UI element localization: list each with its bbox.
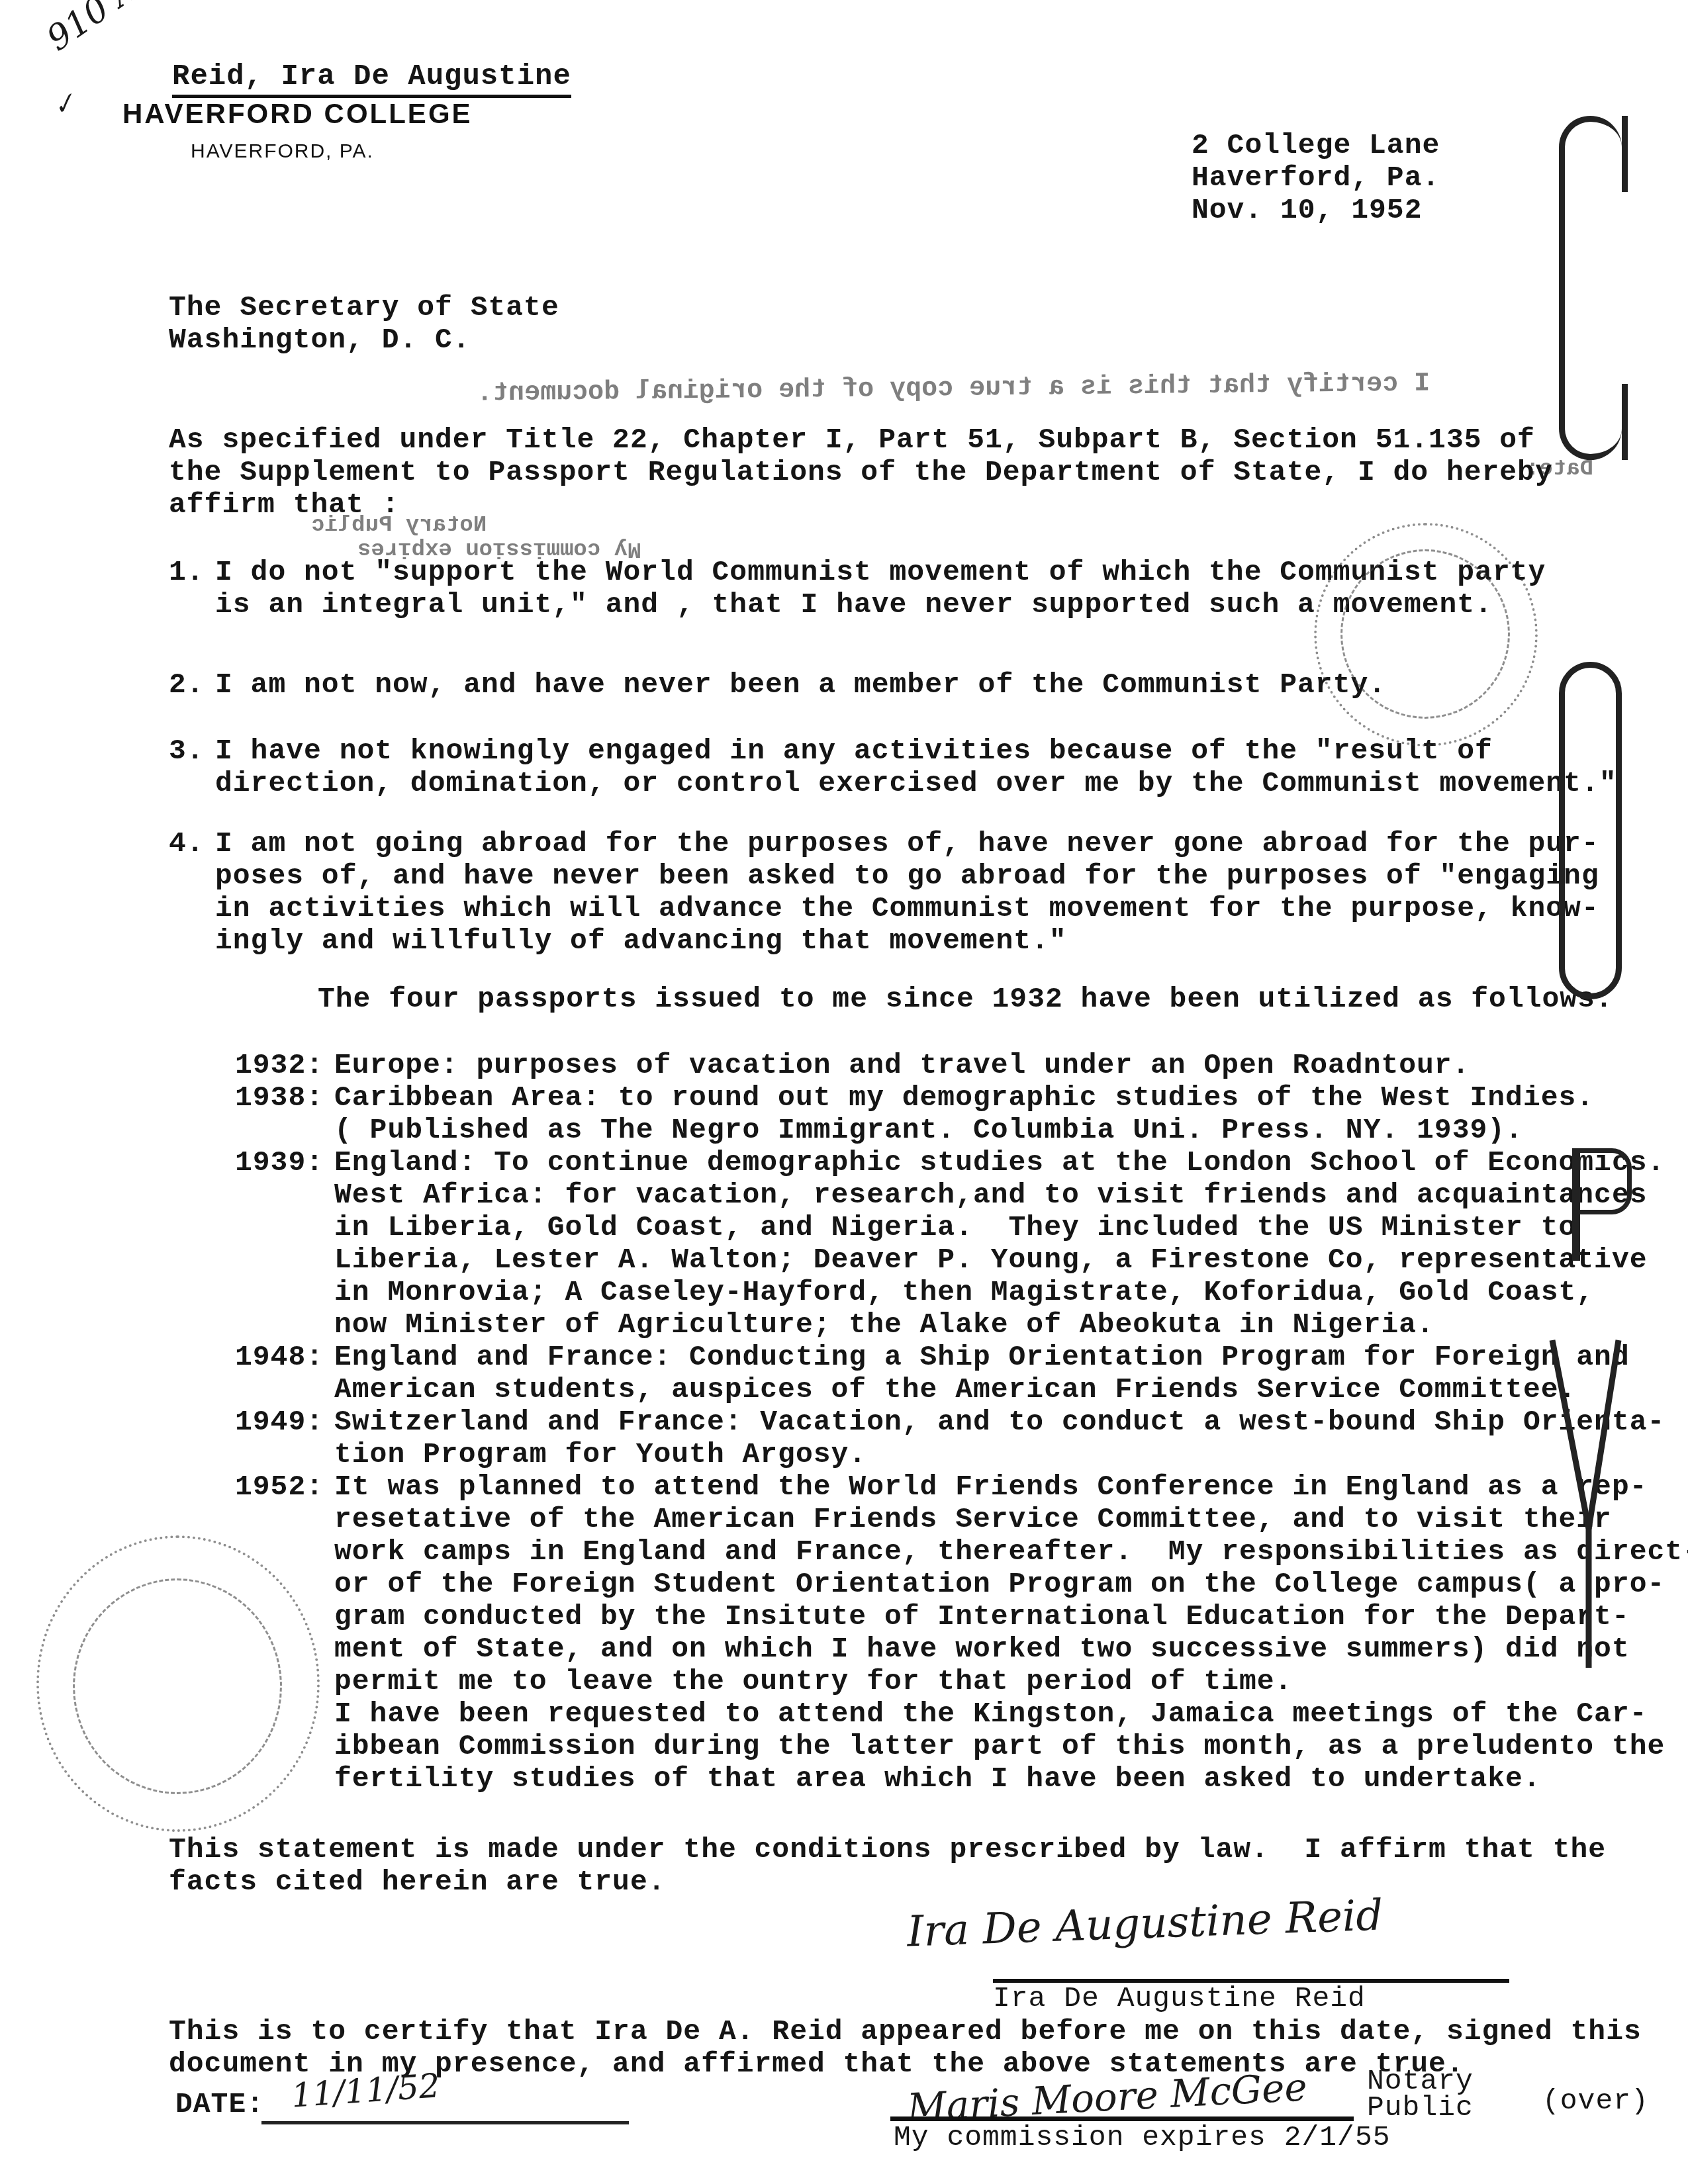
passport-use-text: England and France: Conducting a Ship Or…: [334, 1341, 1630, 1373]
intro-paragraph: As specified under Title 22, Chapter I, …: [169, 424, 1553, 521]
passport-year: 1949:: [235, 1406, 334, 1438]
passport-use-row: I have been requested to attend the King…: [235, 1698, 1559, 1730]
intro-line: the Supplement to Passport Regulations o…: [169, 456, 1553, 488]
passports-intro: The four passports issued to me since 19…: [318, 983, 1613, 1015]
affirmation-text: I am not now, and have never been a memb…: [215, 668, 1386, 701]
intro-line: As specified under Title 22, Chapter I, …: [169, 424, 1553, 456]
notary-commission: My commission expires 2/1/55: [894, 2121, 1391, 2154]
passport-year: [235, 1179, 334, 1211]
closing-line: facts cited herein are true.: [169, 1866, 1606, 1898]
passport-use-row: 1932:Europe: purposes of vacation and tr…: [235, 1049, 1559, 1081]
affirmation-text: in activities which will advance the Com…: [215, 892, 1599, 925]
passport-use-row: permit me to leave the ountry for that p…: [235, 1665, 1559, 1698]
affirmation-number: 4.: [169, 827, 215, 860]
passport-year: [235, 1211, 334, 1244]
passport-use-row: in Liberia, Gold Coast, and Nigeria. The…: [235, 1211, 1559, 1244]
affirmation-item: 2.I am not now, and have never been a me…: [169, 668, 1386, 701]
file-number-annotation: 910 A: [40, 0, 146, 59]
closing-line: This statement is made under the conditi…: [169, 1833, 1606, 1866]
passport-use-text: ibbean Commission during the latter part…: [334, 1730, 1665, 1762]
notary-title-line2: Public: [1367, 2095, 1474, 2121]
passport-use-text: resetative of the American Friends Servi…: [334, 1503, 1612, 1535]
notary-title: Notary Public: [1367, 2068, 1474, 2121]
passport-year: [235, 1308, 334, 1341]
passport-year: 1932:: [235, 1049, 334, 1081]
typed-signature-name: Ira De Augustine Reid: [993, 1982, 1366, 2015]
copy-stamp-letter-p-stem: [1572, 1148, 1580, 1261]
copy-stamp-letter-o: [1559, 662, 1622, 999]
affirmation-item: 4.I am not going abroad for the purposes…: [169, 827, 1599, 957]
passport-use-text: in Liberia, Gold Coast, and Nigeria. The…: [334, 1211, 1576, 1244]
affirmation-number: 2.: [169, 668, 215, 701]
passport-use-row: West Africa: for vacation, research,and …: [235, 1179, 1559, 1211]
notary-line: This is to certify that Ira De A. Reid a…: [169, 2015, 1642, 2048]
passport-use-text: England: To continue demographic studies…: [334, 1146, 1665, 1179]
affirmation-number: 1.: [169, 556, 215, 588]
letterhead-name: Reid, Ira De Augustine: [172, 61, 571, 98]
notary-date-line: [261, 2121, 629, 2124]
passport-use-row: 1938:Caribbean Area: to round out my dem…: [235, 1081, 1559, 1114]
passport-use-row: in Monrovia; A Caseley-Hayford, then Mag…: [235, 1276, 1559, 1308]
passport-use-row: ibbean Commission during the latter part…: [235, 1730, 1559, 1762]
recipient-address: The Secretary of State Washington, D. C.: [169, 291, 559, 356]
passport-use-row: or of the Foreign Student Orientation Pr…: [235, 1568, 1559, 1600]
passport-use-row: 1948:England and France: Conducting a Sh…: [235, 1341, 1559, 1373]
passport-use-text: I have been requested to attend the King…: [334, 1698, 1648, 1730]
copy-stamp-letter-p: [1572, 1148, 1635, 1214]
sender-address-line2: Haverford, Pa.: [1192, 161, 1440, 194]
recipient-line2: Washington, D. C.: [169, 324, 559, 356]
passport-use-text: ( Published as The Negro Immigrant. Colu…: [334, 1114, 1523, 1146]
affirmation-text: direction, domination, or control exerci…: [215, 767, 1617, 799]
notary-signature-line: [890, 2116, 1354, 2121]
passport-use-row: fertility studies of that area which I h…: [235, 1762, 1559, 1795]
notary-title-line1: Notary: [1367, 2068, 1474, 2095]
passport-use-text: ment of State, and on which I have worke…: [334, 1633, 1630, 1665]
passport-use-row: resetative of the American Friends Servi…: [235, 1503, 1559, 1535]
passport-use-text: West Africa: for vacation, research,and …: [334, 1179, 1648, 1211]
passport-year: [235, 1503, 334, 1535]
passport-use-text: Switzerland and France: Vacation, and to…: [334, 1406, 1665, 1438]
bleed-through-certify: I certify that this is a true copy of th…: [477, 369, 1430, 408]
affirmation-text: is an integral unit," and , that I have …: [215, 588, 1493, 621]
passport-use-row: now Minister of Agriculture; the Alake o…: [235, 1308, 1559, 1341]
affirmation-item: 3.I have not knowingly engaged in any ac…: [169, 735, 1617, 799]
passport-year: 1938:: [235, 1081, 334, 1114]
affirmation-text: poses of, and have never been asked to g…: [215, 860, 1599, 892]
passport-use-row: gram conducted by the Insitute of Intern…: [235, 1600, 1559, 1633]
passport-year: [235, 1373, 334, 1406]
passport-year: 1948:: [235, 1341, 334, 1373]
passport-use-text: work camps in England and France, therea…: [334, 1535, 1688, 1568]
copy-stamp-letter-c: [1559, 116, 1622, 460]
closing-statement: This statement is made under the conditi…: [169, 1833, 1606, 1898]
passport-use-row: Liberia, Lester A. Walton; Deaver P. You…: [235, 1244, 1559, 1276]
passport-use-text: fertility studies of that area which I h…: [334, 1762, 1541, 1795]
notary-seal-left-inner: [73, 1578, 282, 1794]
sender-address: 2 College Lane Haverford, Pa. Nov. 10, 1…: [1192, 129, 1440, 226]
letterhead-location: HAVERFORD, PA.: [191, 140, 374, 163]
passport-use-row: ( Published as The Negro Immigrant. Colu…: [235, 1114, 1559, 1146]
passport-use-row: 1939:England: To continue demographic st…: [235, 1146, 1559, 1179]
passport-use-row: 1949:Switzerland and France: Vacation, a…: [235, 1406, 1559, 1438]
passport-use-row: tion Program for Youth Argosy.: [235, 1438, 1559, 1471]
passport-year: 1939:: [235, 1146, 334, 1179]
passport-use-text: gram conducted by the Insitute of Intern…: [334, 1600, 1630, 1633]
intro-line: affirm that :: [169, 488, 1553, 521]
over-indicator: (over): [1542, 2085, 1649, 2117]
affirmation-text: I am not going abroad for the purposes o…: [215, 827, 1599, 860]
passport-use-row: 1952:It was planned to attend the World …: [235, 1471, 1559, 1503]
affirmation-text: I have not knowingly engaged in any acti…: [215, 735, 1493, 767]
copy-y-glyph: [1549, 1337, 1622, 1701]
passport-use-text: Liberia, Lester A. Walton; Deaver P. You…: [334, 1244, 1648, 1276]
passport-uses-list: 1932:Europe: purposes of vacation and tr…: [235, 1049, 1559, 1795]
passport-year: [235, 1438, 334, 1471]
letter-date: Nov. 10, 1952: [1192, 194, 1440, 226]
passport-use-row: American students, auspices of the Ameri…: [235, 1373, 1559, 1406]
notary-date-label: DATE:: [175, 2088, 264, 2120]
copy-stamp-letter-y: [1549, 1337, 1622, 1449]
passport-use-text: in Monrovia; A Caseley-Hayford, then Mag…: [334, 1276, 1594, 1308]
affirmation-text: ingly and willfully of advancing that mo…: [215, 925, 1067, 957]
recipient-line1: The Secretary of State: [169, 291, 559, 324]
passport-use-row: work camps in England and France, therea…: [235, 1535, 1559, 1568]
passport-use-text: Caribbean Area: to round out my demograp…: [334, 1081, 1594, 1114]
passport-year: [235, 1244, 334, 1276]
passport-use-text: tion Program for Youth Argosy.: [334, 1438, 867, 1471]
passport-year: [235, 1276, 334, 1308]
passport-use-row: ment of State, and on which I have worke…: [235, 1633, 1559, 1665]
passport-use-text: or of the Foreign Student Orientation Pr…: [334, 1568, 1665, 1600]
passport-use-text: It was planned to attend the World Frien…: [334, 1471, 1648, 1503]
passport-use-text: Europe: purposes of vacation and travel …: [334, 1049, 1470, 1081]
notary-seal-right-inner: [1340, 549, 1510, 719]
passport-year: 1952:: [235, 1471, 334, 1503]
letterhead-institution: HAVERFORD COLLEGE: [122, 98, 473, 130]
passport-year: [235, 1114, 334, 1146]
handwritten-signature: Ira De Augustine Reid: [906, 1891, 1384, 1956]
check-mark-annotation: ✓: [48, 87, 79, 123]
passport-use-text: now Minister of Agriculture; the Alake o…: [334, 1308, 1434, 1341]
affirmation-number: 3.: [169, 735, 215, 767]
sender-address-line1: 2 College Lane: [1192, 129, 1440, 161]
passport-use-text: American students, auspices of the Ameri…: [334, 1373, 1576, 1406]
passport-use-text: permit me to leave the ountry for that p…: [334, 1665, 1292, 1698]
